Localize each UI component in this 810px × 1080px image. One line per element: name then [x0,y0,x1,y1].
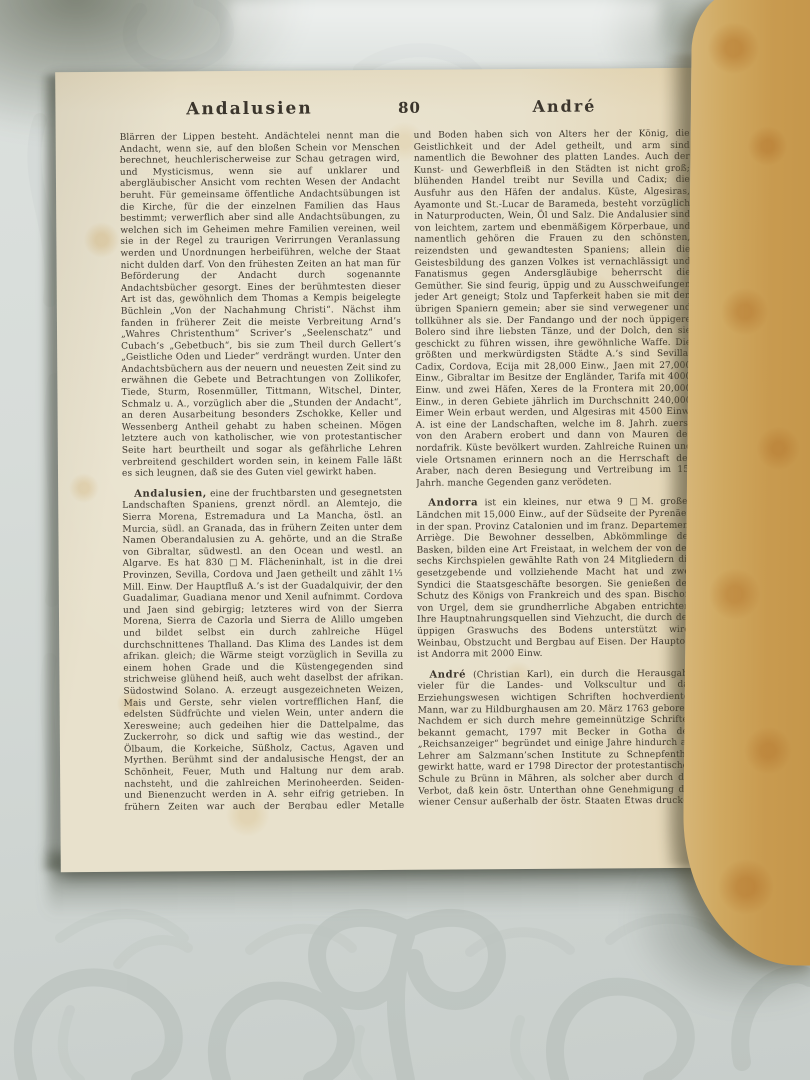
text-column-left: Blärren der Lippen besteht. Andächtelei … [120,131,405,811]
paragraph-andre: André (Christian Karl), ein durch die He… [417,668,694,809]
paragraph-text: (Christian Karl), ein durch die Herausga… [417,669,694,809]
book-page: Andalusien 80 André Blärren der Lippen b… [55,68,707,872]
page-content: Andalusien 80 André Blärren der Lippen b… [119,96,694,864]
paragraph-text: Blärren der Lippen besteht. Andächtelei … [120,131,402,479]
paragraph-andalusien: Andalusien, eine der fruchtbarsten und g… [122,487,404,811]
header-keyword-left: Andalusien [119,98,379,120]
page-number: 80 [379,99,439,117]
header-keyword-right: André [439,96,689,117]
paragraph-continuation: und Boden haben sich von Alters her der … [414,129,693,490]
text-columns: Blärren der Lippen besteht. Andächtelei … [120,129,695,811]
paragraph-text: eine der fruchtbarsten und gesegnetsten … [122,488,404,811]
paragraph-lead: Andalusien, [134,488,207,500]
paragraph-andorra: Andorra ist ein kleines, nur etwa 9 □M. … [416,496,693,661]
next-page-fore-edge [682,0,810,966]
paragraph-lead: André [429,669,466,680]
paragraph-lead: Andorra [428,498,478,509]
paragraph-text: ist ein kleines, nur etwa 9 □M. großes L… [416,497,693,660]
paragraph-continuation: Blärren der Lippen besteht. Andächtelei … [120,131,402,481]
page-header: Andalusien 80 André [119,96,689,120]
book-photo-scene: Andalusien 80 André Blärren der Lippen b… [0,0,810,1080]
paragraph-text: und Boden haben sich von Alters her der … [414,129,692,489]
text-column-right: und Boden haben sich von Alters her der … [414,129,695,809]
